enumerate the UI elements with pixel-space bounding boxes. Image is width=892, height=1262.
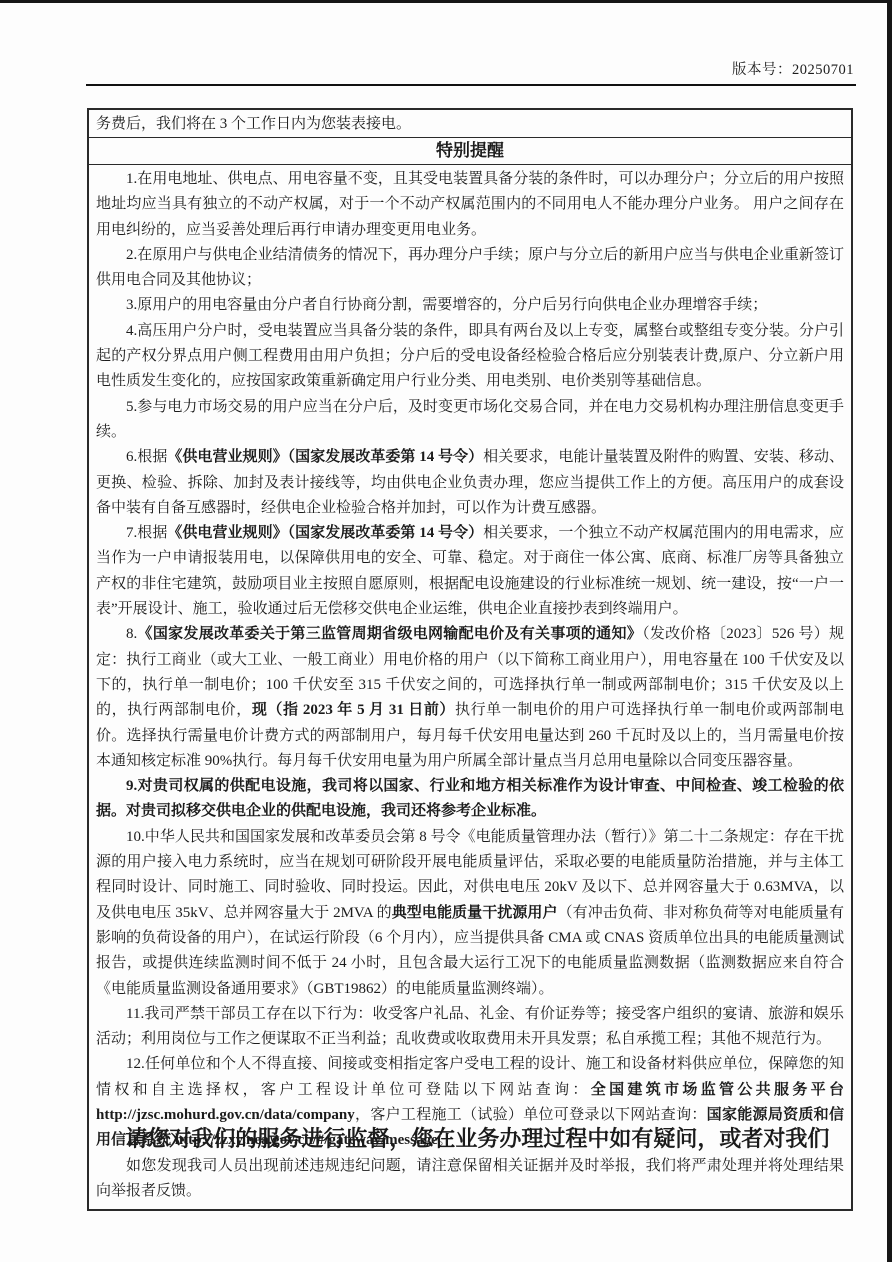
notice-paragraph: 7.根据《供电营业规则》（国家发展改革委第 14 号令）相关要求，一个独立不动产… [96,521,844,622]
continuation-text: 务费后，我们将在 3 个工作日内为您装表接电。 [89,110,851,138]
notice-text: 2.在原用户与供电企业结清债务的情况下，再办理分户手续；原户与分立后的新用户应当… [96,247,844,288]
document-page: 版本号：20250701 务费后，我们将在 3 个工作日内为您装表接电。 特别提… [0,0,892,1262]
notice-text: 4.高压用户分户时，受电装置应当具备分装的条件，即具有两台及以上专变，属整台或整… [96,323,844,390]
notice-paragraph: 1.在用电地址、供电点、用电容量不变，且其受电装置具备分装的条件时，可以办理分户… [96,167,844,243]
notice-text-bold: 现（指 2023 年 5 月 31 日前） [252,702,455,718]
notice-text: 11.我司严禁干部员工存在以下行为：收受客户礼品、礼金、有价证券等；接受客户组织… [96,1006,844,1047]
special-reminder-table: 务费后，我们将在 3 个工作日内为您装表接电。 特别提醒 1.在用电地址、供电点… [87,108,853,1211]
scan-artifact-top-edge [0,0,892,3]
scan-artifact-right-edge [887,0,892,1262]
notice-text: 1.在用电地址、供电点、用电容量不变，且其受电装置具备分装的条件时，可以办理分户… [96,171,844,238]
special-reminder-title: 特别提醒 [89,138,851,165]
notice-paragraph: 2.在原用户与供电企业结清债务的情况下，再办理分户手续；原户与分立后的新用户应当… [96,243,844,294]
notice-paragraph: 9.对贵司权属的供配电设施，我司将以国家、行业和地方相关标准作为设计审查、中间检… [96,774,844,825]
header-rule [86,84,856,86]
notice-text-bold: 《供电营业规则》（国家发展改革委第 14 号令） [167,525,483,541]
notice-text: 5.参与电力市场交易的用户应当在分户后，及时变更市场化交易合同，并在电力交易机构… [96,399,844,440]
notice-paragraph: 5.参与电力市场交易的用户应当在分户后，及时变更市场化交易合同，并在电力交易机构… [96,395,844,446]
notice-paragraph: 11.我司严禁干部员工存在以下行为：收受客户礼品、礼金、有价证券等；接受客户组织… [96,1002,844,1053]
notice-paragraph: 4.高压用户分户时，受电装置应当具备分装的条件，即具有两台及以上专变，属整台或整… [96,319,844,395]
version-number: 版本号：20250701 [88,58,854,79]
notice-body: 1.在用电地址、供电点、用电容量不变，且其受电装置具备分装的条件时，可以办理分户… [89,165,851,1209]
notice-text: ，客户工程施工（试验）单位可登录以下网站查询： [355,1107,707,1123]
notice-text: 7.根据 [126,525,167,541]
supervision-text: 请您对我们的服务进行监督，您在业务办理过程中如有疑问，或者对我们 [88,1122,856,1156]
notice-text: 3.原用户的用电容量由分户者自行协商分割，需要增容的，分户后另行向供电企业办理增… [126,297,767,313]
notice-paragraph: 10.中华人民共和国国家发展和改革委员会第 8 号令《电能质量管理办法（暂行）》… [96,825,844,1002]
notice-text: 6.根据 [126,449,167,465]
notice-text: 8. [126,626,137,642]
notice-paragraph: 6.根据《供电营业规则》（国家发展改革委第 14 号令）相关要求，电能计量装置及… [96,445,844,521]
notice-paragraph: 8.《国家发展改革委关于第三监管周期省级电网输配电价及有关事项的通知》（发改价格… [96,622,844,774]
notice-text-bold: 《供电营业规则》（国家发展改革委第 14 号令） [167,449,483,465]
notice-text: 如您发现我司人员出现前述违规违纪问题，请注意保留相关证据并及时举报，我们将严肃处… [96,1158,844,1199]
notice-text-bold: 9.对贵司权属的供配电设施，我司将以国家、行业和地方相关标准作为设计审查、中间检… [96,778,844,819]
notice-text-bold: 《国家发展改革委关于第三监管周期省级电网输配电价及有关事项的通知》 [137,626,642,642]
notice-paragraph: 3.原用户的用电容量由分户者自行协商分割，需要增容的，分户后另行向供电企业办理增… [96,293,844,318]
notice-text-bold: 典型电能质量干扰源用户 [392,905,558,921]
notice-paragraph: 如您发现我司人员出现前述违规违纪问题，请注意保留相关证据并及时举报，我们将严肃处… [96,1154,844,1205]
